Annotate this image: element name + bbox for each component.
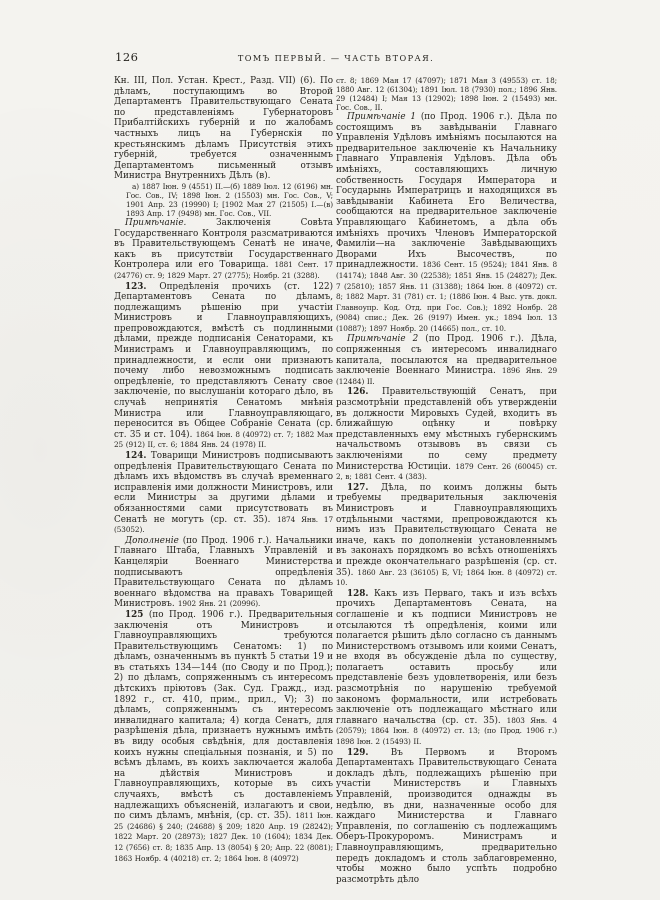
paragraph-text: Опредѣленія прочихъ (ст. 122) Департамен… bbox=[114, 282, 333, 440]
paragraph-continuation: Кн. III, Пол. Устан. Крест., Разд. VII) … bbox=[114, 76, 333, 182]
note-lead: Примѣчаніе 2 bbox=[347, 334, 418, 344]
inline-citation: 1836 Сент. 15 (9524); 1841 Янв. 8 (14174… bbox=[336, 260, 557, 333]
paragraph-text: Предварительныя заключенія отъ Министров… bbox=[114, 610, 333, 821]
article-number: 126. bbox=[347, 387, 368, 397]
supplement-paragraph: Дополненіе (по Прод. 1906 г.). Начальник… bbox=[114, 536, 333, 610]
citation-text: ст. 8; 1869 Мая 17 (47097); 1871 Мая 3 (… bbox=[336, 76, 557, 112]
article-paragraph: 129. Въ Первомъ и Второмъ Департаментахъ… bbox=[336, 748, 557, 886]
article-number: 128. bbox=[347, 589, 368, 599]
running-head: ТОМЪ ПЕРВЫЙ. — ЧАСТЬ ВТОРАЯ. bbox=[115, 53, 557, 63]
article-qualifier: (по Прод. 1906 г.). bbox=[149, 610, 243, 620]
paragraph-text: Дѣла по состоящимъ въ завѣдываніи Главна… bbox=[336, 112, 557, 270]
note-lead: Примѣчаніе. bbox=[125, 218, 186, 228]
note-paragraph: Примѣчаніе 2 (по Прод. 1906 г.). Дѣла, с… bbox=[336, 334, 557, 387]
article-number: 129. bbox=[347, 748, 368, 758]
note-lead: Примѣчаніе 1 bbox=[347, 112, 416, 122]
citation-text: а) 1887 Іюн. 9 (4551) II.—(б) 1889 Іюл. … bbox=[126, 182, 333, 218]
article-paragraph: 127. Дѣла, по коимъ должны быть требуемы… bbox=[336, 483, 557, 589]
note-lead: Дополненіе bbox=[125, 536, 179, 546]
article-paragraph: 124. Товарищи Министровъ подписываютъ оп… bbox=[114, 451, 333, 536]
paragraph-text: Какъ изъ Перваго, такъ и изъ всѣхъ прочи… bbox=[336, 589, 557, 726]
paragraph-text: Кн. III, Пол. Устан. Крест., Разд. VII) … bbox=[114, 76, 333, 181]
paragraph-text: Товарищи Министровъ подписываютъ опредѣл… bbox=[114, 451, 333, 525]
article-paragraph: 123. Опредѣленія прочихъ (ст. 122) Депар… bbox=[114, 282, 333, 452]
paragraph-text: Дѣла, по коимъ должны быть требуемы пред… bbox=[336, 483, 557, 578]
text-column-left: Кн. III, Пол. Устан. Крест., Разд. VII) … bbox=[114, 76, 333, 864]
inline-citation: 1902 Янв. 21 (20996). bbox=[178, 599, 260, 608]
scanned-book-page: 126 ТОМЪ ПЕРВЫЙ. — ЧАСТЬ ВТОРАЯ. Кн. III… bbox=[0, 0, 660, 900]
article-paragraph: 128. Какъ изъ Перваго, такъ и изъ всѣхъ … bbox=[336, 589, 557, 748]
article-number: 125 bbox=[125, 610, 143, 620]
note-qualifier: (по Прод. 1906 г.). bbox=[425, 334, 524, 344]
note-paragraph: Примѣчаніе. Заключенія Совѣта Государств… bbox=[114, 218, 333, 282]
article-paragraph: 126. Правительствующій Сенатъ, при разсм… bbox=[336, 387, 557, 482]
paragraph-text: Начальники Главнаго Штаба, Главныхъ Упра… bbox=[114, 536, 333, 610]
note-qualifier: (по Прод. 1906 г.). bbox=[421, 112, 513, 122]
paragraph-text: Въ Первомъ и Второмъ Департаментахъ Прав… bbox=[336, 748, 557, 885]
article-paragraph: 125 (по Прод. 1906 г.). Предварительныя … bbox=[114, 610, 333, 864]
note-paragraph: Примѣчаніе 1 (по Прод. 1906 г.). Дѣла по… bbox=[336, 112, 557, 334]
article-number: 127. bbox=[347, 483, 368, 493]
paragraph-text: Правительствующій Сенатъ, при разсмотрѣн… bbox=[336, 387, 557, 471]
note-qualifier: (по Прод. 1906 г.). bbox=[183, 536, 272, 546]
article-number: 123. bbox=[125, 282, 146, 292]
citation-block: а) 1887 Іюн. 9 (4551) II.—(б) 1889 Іюл. … bbox=[114, 182, 333, 218]
inline-citation: 1860 Авг. 23 (36105) Б, VI; 1864 Іюн. 8 … bbox=[336, 568, 557, 588]
citation-block-continuation: ст. 8; 1869 Мая 17 (47097); 1871 Мая 3 (… bbox=[336, 76, 557, 112]
text-column-right: ст. 8; 1869 Мая 17 (47097); 1871 Мая 3 (… bbox=[336, 76, 557, 885]
article-number: 124. bbox=[125, 451, 146, 461]
